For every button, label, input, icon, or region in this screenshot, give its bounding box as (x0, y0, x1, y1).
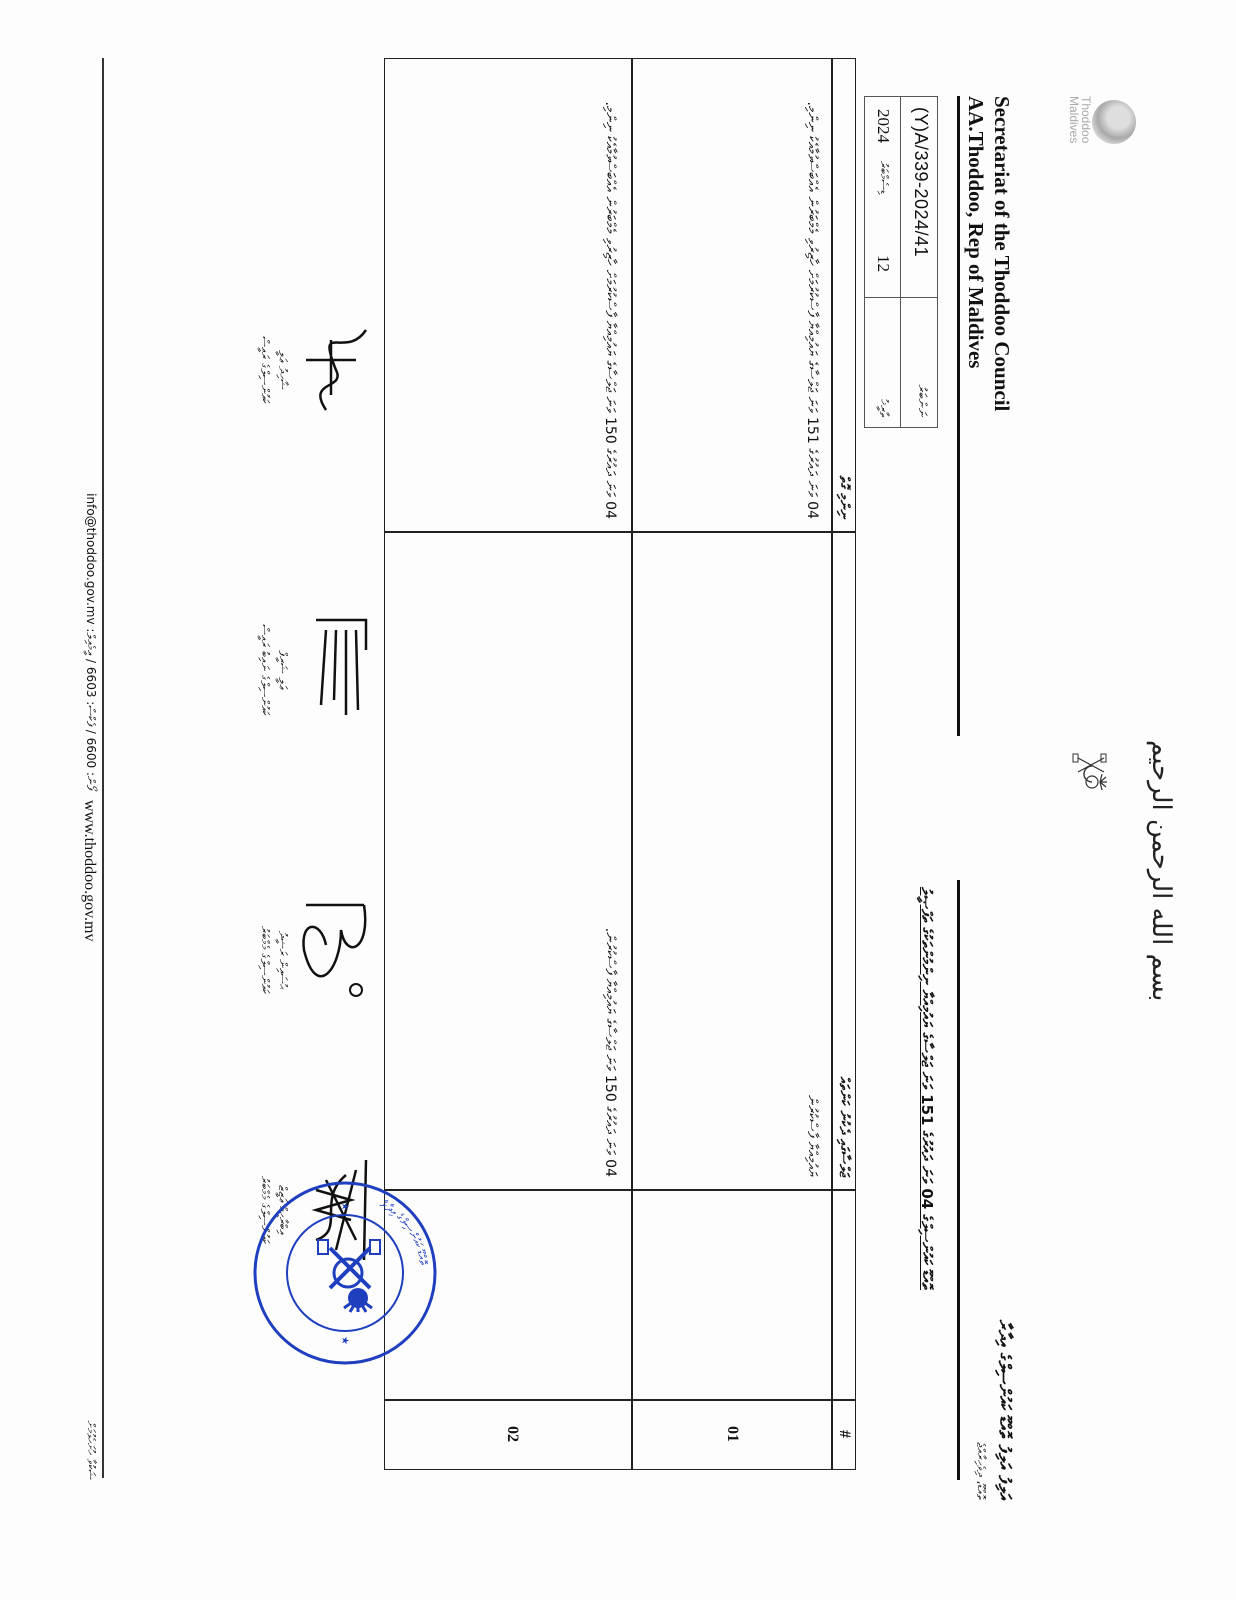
column-divider (385, 1399, 855, 1401)
footer-website-link[interactable]: www.thoddoo.gov.mv (80, 800, 98, 941)
svg-text:★: ★ (339, 1336, 350, 1345)
row-2-matter: 04 ވަނަ ދައުރުގެ 150 ވަނަ ޖަލްސާގެ ޔައުމ… (597, 541, 623, 1177)
decisions-table: ނިންމި ގޮތް ޖަލްސާގައި ދެކުނު ކަންތައް #… (384, 58, 856, 1470)
header-rule-right (957, 880, 960, 1480)
reference-row: (Y)A/339-2024/41 ނަންބަރު (900, 97, 937, 427)
row-1-decision: 04 ވަނަ ދައުރުގެ 151 ވަނަ ޖަލްސާގެ ޔައުމ… (799, 69, 825, 519)
signature-block: ޙުސައިން ރަޝީދު ކައުންސިލްގެ މެމްބަރު (256, 890, 376, 1050)
signature-scrawl (296, 300, 376, 450)
footer-note: ޝަކުވާ ހުށަހެޅުމަށް (83, 1000, 98, 1480)
organization-name: އަލިފު އަލިފު ތޮއްޑޫ ކައުންސިލްގެ އިދާރާ (994, 1110, 1014, 1500)
row-2-index: 02 (499, 1399, 525, 1469)
signatory-role: ކައުންސިލްގެ ރައީސް (257, 300, 272, 440)
svg-text:★: ★ (339, 1202, 350, 1211)
signature-scrawl (296, 890, 376, 1040)
bismillah: بسم الله الرحمن الرحيم (1146, 740, 1176, 1001)
signature-block: ޢަލީ ޝަރީފް ކައުންސިލްގެ ނައިބު ރައީސް (256, 600, 376, 760)
row-2-decision: 04 ވަނަ ދައުރުގެ 150 ވަނަ ޖަލްސާގެ ޔައުމ… (597, 69, 623, 519)
state-emblem-icon (1068, 752, 1108, 796)
footer-rule (103, 58, 105, 1478)
signature-scrawl (296, 600, 376, 750)
column-divider (385, 1189, 855, 1191)
column-divider (385, 531, 855, 533)
date-day: 12 (873, 255, 893, 272)
footer-contact: ފޯން: 6600 / ފެކްސް: 6603 / އީމެއިލް: in… (83, 70, 98, 790)
council-logo: Thoddoo Maldives (1076, 96, 1136, 186)
signatory-name: ޢަލީ ޝަރީފް (275, 600, 290, 740)
reference-number: (Y)A/339-2024/41 (910, 107, 931, 257)
header-rule (957, 96, 960, 736)
row-1-index: 01 (719, 1399, 745, 1469)
row-divider (632, 59, 634, 1469)
logo-swirl-icon (1092, 100, 1136, 144)
logo-subtext: Maldives (1068, 96, 1080, 143)
document-page: Thoddoo Maldives Secretariat of the Thod… (0, 0, 1236, 1600)
logo-text: Thoddoo (1080, 96, 1092, 143)
letterhead-subtitle: AA.Thoddoo, Rep of Maldives (964, 96, 988, 368)
signatory-role: ކައުންސިލްގެ މެމްބަރު (257, 890, 272, 1030)
row-1-matter: ޔައުމިއްޔާ ފާސްކުރުން (799, 541, 825, 1177)
signatory-name: ޝާހިދު ޢަލީ (275, 300, 290, 440)
reference-label: ނަންބަރު (914, 385, 929, 417)
signatory-name: ޙުސައިން ރަޝީދު (275, 890, 290, 1030)
reference-box: (Y)A/339-2024/41 ނަންބަރު 2024 ޑިސެމްބަރ… (864, 96, 938, 428)
header-index: # (831, 1399, 857, 1469)
date-year: 2024 (873, 109, 893, 143)
date-label: ތާރީޚު (876, 399, 891, 417)
header-decision: ނިންމި ގޮތް (831, 69, 857, 519)
document-heading: ތޮއްޑޫ ކައުންސިލްގެ 04 ވަނަ ދައުރުގެ 151… (918, 530, 936, 1290)
signature-block: ޝާހިދު ޢަލީ ކައުންސިލްގެ ރައީސް (256, 300, 376, 460)
date-row: 2024 ޑިސެމްބަރު 12 ތާރީޚު (865, 97, 901, 427)
header-matter: ޖަލްސާގައި ދެކުނު ކަންތައް (831, 541, 857, 1177)
letterhead-title: Secretariat of the Thoddoo Council (990, 96, 1014, 411)
reference-divider (865, 297, 937, 298)
council-stamp: ★ ★ ތޮއްޑޫ ކައުންސިލްގެ އިދާރާ (250, 1178, 440, 1368)
signatory-role: ކައުންސިލްގެ ނައިބު ރައީސް (257, 600, 272, 740)
date-month: ޑިސެމްބަރު (876, 161, 891, 194)
organization-address: ތޮއްޑޫ، ދިވެހިރާއްޖެ (973, 1290, 988, 1500)
